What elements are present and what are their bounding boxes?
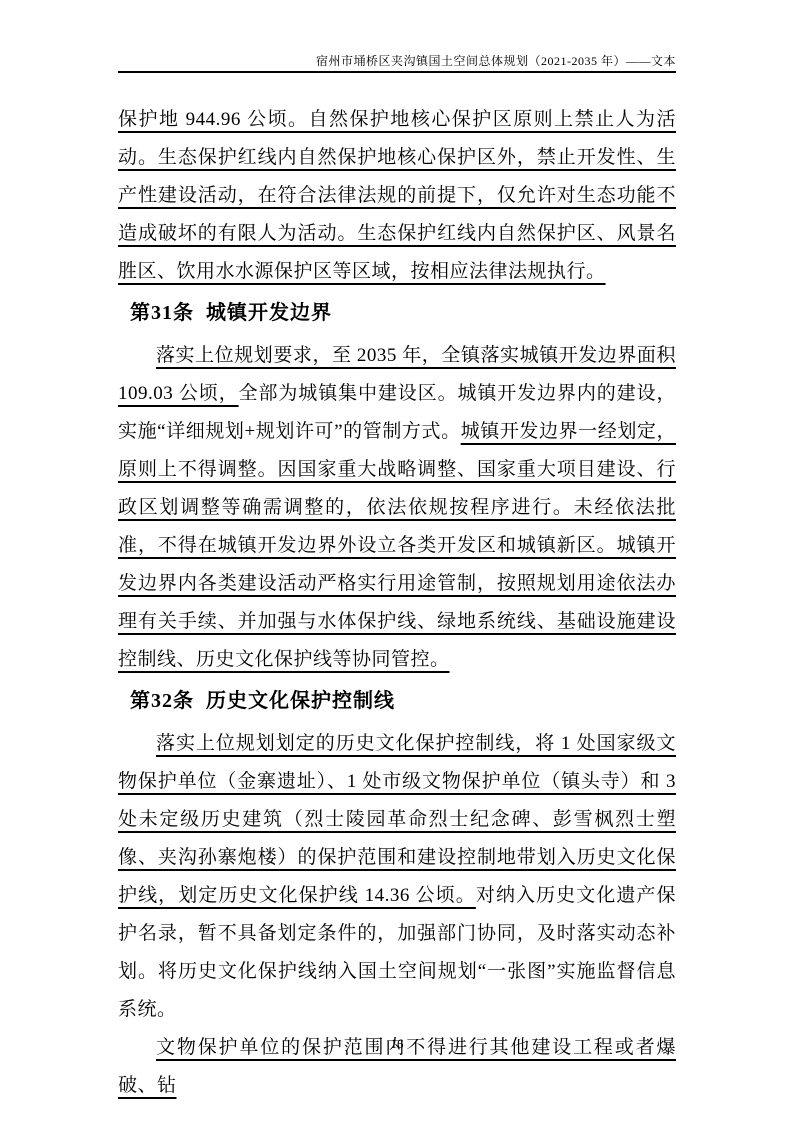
underlined-text: 城镇开发边界一经划定，原则上不得调整。因国家重大战略调整、国家重大项目建设、行政…: [118, 421, 676, 670]
underlined-text: 保护地 944.96 公顷。自然保护地核心保护区原则上禁止人为活动。生态保护红线…: [118, 109, 676, 282]
article-32-title: 历史文化保护控制线: [206, 690, 395, 712]
article-31-paragraph: 落实上位规划要求，至 2035 年，全镇落实城镇开发边界面积 109.03 公顷…: [118, 337, 676, 679]
article-31-heading: 第31条城镇开发边界: [118, 295, 676, 331]
document-body: 保护地 944.96 公顷。自然保护地核心保护区原则上禁止人为活动。生态保护红线…: [118, 74, 676, 1105]
continuation-paragraph: 保护地 944.96 公顷。自然保护地核心保护区原则上禁止人为活动。生态保护红线…: [118, 101, 676, 291]
page-header: 宿州市埇桥区夹沟镇国土空间总体规划（2021-2035 年）——文本: [118, 0, 676, 73]
article-31-title: 城镇开发边界: [206, 302, 332, 324]
article-32-heading: 第32条历史文化保护控制线: [118, 683, 676, 719]
document-page: 宿州市埇桥区夹沟镇国土空间总体规划（2021-2035 年）——文本 保护地 9…: [0, 0, 794, 1123]
page-footer: 16: [0, 1036, 794, 1052]
article-32-paragraph-1: 落实上位规划划定的历史文化保护控制线，将 1 处国家级文物保护单位（金寨遗址）、…: [118, 725, 676, 1029]
underlined-text: 落实上位规划划定的历史文化保护控制线，将 1 处国家级文物保护单位（金寨遗址）、…: [118, 733, 676, 906]
header-title: 宿州市埇桥区夹沟镇国土空间总体规划（2021-2035 年）——文本: [316, 54, 676, 68]
page-number: 16: [391, 1036, 404, 1051]
article-31-number: 第31条: [130, 302, 194, 324]
article-32-number: 第32条: [130, 690, 194, 712]
